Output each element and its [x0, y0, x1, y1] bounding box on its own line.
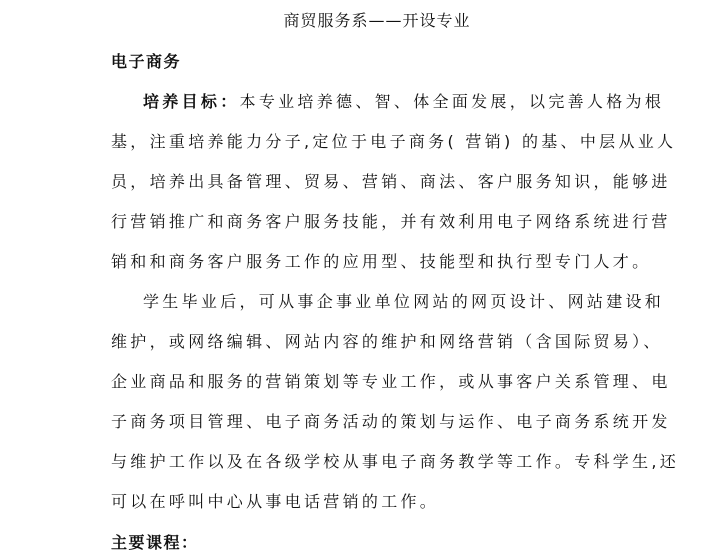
paragraph-line: 学生毕业后，可从事企事业单位网站的网页设计、网站建设和	[143, 290, 635, 314]
courses-heading: 主要课程：	[111, 531, 635, 555]
paragraph-line: 行营销推广和商务客户服务技能，并有效利用电子网络系统进行营	[111, 210, 635, 234]
paragraph-line: 与维护工作以及在各级学校从事电子商务教学等工作。专科学生,还	[111, 450, 635, 474]
document-title: 商贸服务系——开设专业	[0, 9, 720, 33]
paragraph-line: 可以在呼叫中心从事电话营销的工作。	[111, 490, 635, 514]
paragraph-line: 基，注重培养能力分子,定位于电子商务( 营销) 的基、中层从业人	[111, 130, 635, 154]
paragraph-line: 企业商品和服务的营销策划等专业工作，或从事客户关系管理、电	[111, 370, 635, 394]
section-heading: 电子商务	[111, 50, 635, 74]
document-page: 商贸服务系——开设专业 电子商务 培养目标：本专业培养德、智、体全面发展，以完善…	[0, 0, 720, 560]
paragraph-line-goal: 培养目标：本专业培养德、智、体全面发展，以完善人格为根	[143, 90, 635, 114]
paragraph-line: 子商务项目管理、电子商务活动的策划与运作、电子商务系统开发	[111, 410, 635, 434]
goal-label: 培养目标：	[143, 92, 240, 111]
paragraph-line: 员，培养出具备管理、贸易、营销、商法、客户服务知识，能够进	[111, 170, 635, 194]
goal-text: 本专业培养德、智、体全面发展，以完善人格为根	[240, 92, 665, 111]
paragraph-line: 销和和商务客户服务工作的应用型、技能型和执行型专门人才。	[111, 250, 635, 274]
paragraph-line: 维护，或网络编辑、网站内容的维护和网络营销（含国际贸易）、	[111, 330, 635, 354]
